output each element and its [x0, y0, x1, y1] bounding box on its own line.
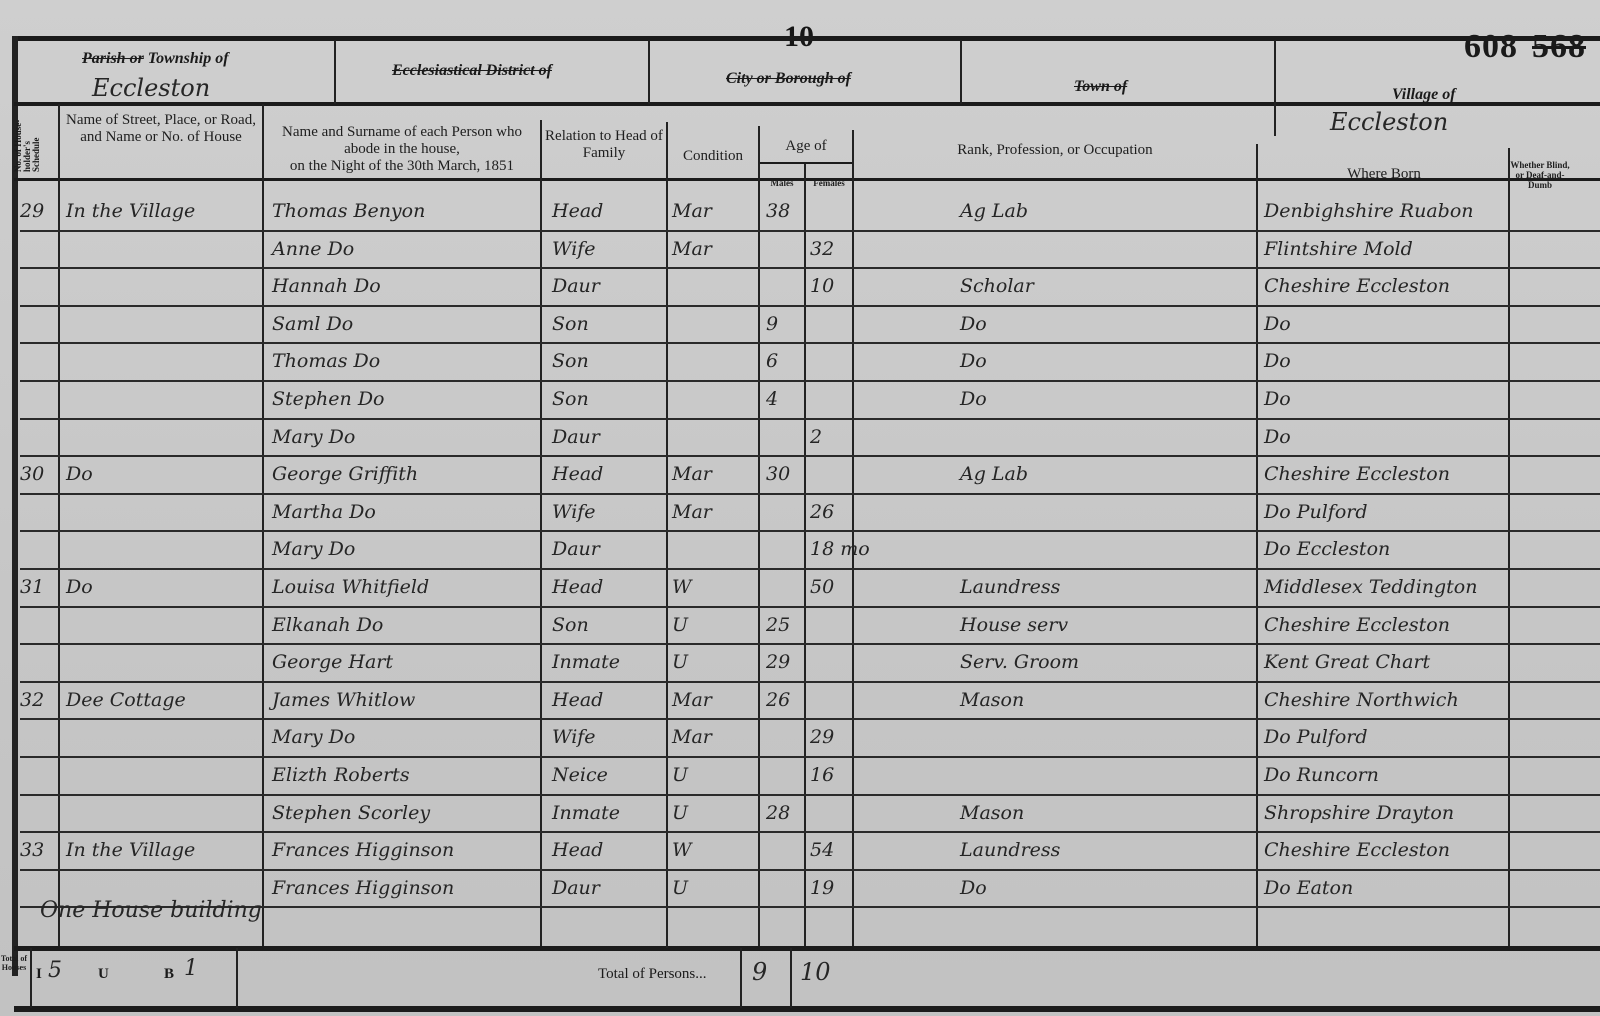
cell-street: Do — [66, 463, 93, 485]
inhabited-value: 5 — [48, 958, 62, 983]
cell-male-age: 4 — [766, 388, 778, 410]
town-label: Town of — [1074, 78, 1127, 96]
row-rule — [20, 418, 1600, 420]
cell-female-age: 19 — [810, 877, 834, 899]
cell-condition: Mar — [672, 689, 712, 711]
top-border — [14, 36, 1600, 41]
col-header-schedule: No. of House-holder's Schedule — [14, 112, 41, 172]
cell-female-age: 18 mo — [810, 538, 870, 560]
cell-male-age: 38 — [766, 200, 790, 222]
cell-born: Cheshire Eccleston — [1264, 463, 1450, 485]
parish-label: Parish or Township of — [82, 50, 229, 68]
cell-condition: Mar — [672, 238, 712, 260]
total-persons-label: Total of Persons... — [598, 966, 707, 983]
cell-male-age: 25 — [766, 614, 790, 636]
cell-street: Do — [66, 576, 93, 598]
cell-occupation: Ag Lab — [960, 463, 1028, 485]
inhabited-label: I — [36, 966, 42, 983]
cell-name: Mary Do — [272, 538, 355, 560]
cell-born: Middlesex Teddington — [1264, 576, 1477, 598]
ecclesiastical-label: Ecclesiastical District of — [392, 62, 552, 80]
folio-struck: 568 — [1532, 28, 1586, 65]
cell-occupation: Ag Lab — [960, 200, 1028, 222]
cell-name: George Hart — [272, 651, 393, 673]
parish-value: Eccleston — [92, 74, 210, 102]
village-label: Village of — [1392, 86, 1456, 104]
col-header-males: Males — [760, 178, 804, 188]
cell-male-age: 29 — [766, 651, 790, 673]
cell-born: Do Runcorn — [1264, 764, 1379, 786]
footer-sep-3 — [740, 948, 742, 1008]
cell-occupation: Mason — [960, 689, 1024, 711]
cell-occupation: House serv — [960, 614, 1068, 636]
cell-name: James Whitlow — [272, 689, 415, 711]
row-rule — [20, 643, 1600, 645]
cell-condition: Mar — [672, 200, 712, 222]
cell-relation: Neice — [552, 764, 608, 786]
cell-name: Stephen Do — [272, 388, 385, 410]
cell-condition: Mar — [672, 501, 712, 523]
row-rule — [20, 455, 1600, 457]
cell-condition: Mar — [672, 463, 712, 485]
building-note: One House building — [40, 898, 262, 923]
cell-born: Do — [1264, 426, 1291, 448]
cell-schedule: 32 — [20, 689, 44, 711]
cell-relation: Son — [552, 313, 589, 335]
col-header-females: Females — [806, 178, 852, 188]
col-sep-relation — [666, 122, 668, 948]
left-border — [12, 36, 18, 976]
cell-occupation: Mason — [960, 802, 1024, 824]
col-header-street: Name of Street, Place, or Road, and Name… — [62, 112, 260, 146]
col-header-age: Age of — [760, 138, 852, 155]
cell-born: Cheshire Eccleston — [1264, 614, 1450, 636]
bottom-border — [14, 1006, 1600, 1012]
cell-relation: Head — [552, 839, 603, 861]
cell-condition: U — [672, 651, 688, 673]
cell-born: Do — [1264, 313, 1291, 335]
cell-male-age: 30 — [766, 463, 790, 485]
cell-schedule: 29 — [20, 200, 44, 222]
cell-occupation: Scholar — [960, 275, 1034, 297]
cell-relation: Daur — [552, 275, 600, 297]
cell-name: Elkanah Do — [272, 614, 383, 636]
building-value: 1 — [184, 956, 198, 981]
cell-relation: Head — [552, 200, 603, 222]
cell-name: Hannah Do — [272, 275, 381, 297]
cell-name: Frances Higginson — [272, 839, 454, 861]
cell-relation: Wife — [552, 501, 596, 523]
cell-occupation: Laundress — [960, 839, 1060, 861]
cell-name: Anne Do — [272, 238, 354, 260]
cell-male-age: 9 — [766, 313, 778, 335]
cell-condition: U — [672, 764, 688, 786]
cell-relation: Head — [552, 689, 603, 711]
cell-condition: U — [672, 614, 688, 636]
total-males: 9 — [752, 958, 767, 986]
row-rule — [20, 681, 1600, 683]
row-rule — [20, 606, 1600, 608]
col-sep-occupation — [1256, 144, 1258, 946]
loc-sep-2 — [648, 40, 650, 104]
cell-female-age: 2 — [810, 426, 822, 448]
loc-sep-3 — [960, 40, 962, 104]
row-rule — [20, 869, 1600, 871]
cell-born: Denbighshire Ruabon — [1264, 200, 1474, 222]
location-divider — [14, 102, 1600, 106]
cell-relation: Wife — [552, 726, 596, 748]
cell-schedule: 30 — [20, 463, 44, 485]
cell-name: Stephen Scorley — [272, 802, 430, 824]
row-rule — [20, 342, 1600, 344]
census-page: 10 608568 Parish or Township of Ecclesto… — [0, 0, 1600, 1016]
cell-born: Cheshire Eccleston — [1264, 839, 1450, 861]
building-label: B — [164, 966, 174, 983]
cell-male-age: 26 — [766, 689, 790, 711]
cell-name: Elizth Roberts — [272, 764, 410, 786]
cell-relation: Daur — [552, 877, 600, 899]
cell-name: Louisa Whitfield — [272, 576, 429, 598]
row-rule — [20, 267, 1600, 269]
cell-female-age: 16 — [810, 764, 834, 786]
cell-occupation: Laundress — [960, 576, 1060, 598]
cell-male-age: 6 — [766, 350, 778, 372]
cell-street: In the Village — [66, 200, 195, 222]
row-rule — [20, 380, 1600, 382]
cell-condition: W — [672, 576, 692, 598]
cell-street: In the Village — [66, 839, 195, 861]
row-rule — [20, 230, 1600, 232]
cell-condition: Mar — [672, 726, 712, 748]
cell-female-age: 54 — [810, 839, 834, 861]
cell-relation: Son — [552, 388, 589, 410]
footer-sep-1 — [30, 948, 32, 1008]
uninhabited-label: U — [98, 966, 109, 983]
cell-relation: Son — [552, 614, 589, 636]
cell-condition: U — [672, 802, 688, 824]
footer-divider — [14, 946, 1600, 951]
cell-born: Cheshire Eccleston — [1264, 275, 1450, 297]
cell-occupation: Do — [960, 313, 987, 335]
cell-relation: Inmate — [552, 802, 620, 824]
cell-female-age: 50 — [810, 576, 834, 598]
cell-female-age: 32 — [810, 238, 834, 260]
cell-born: Do Pulford — [1264, 726, 1368, 748]
age-subdivider — [760, 162, 852, 164]
row-rule — [20, 756, 1600, 758]
cell-condition: W — [672, 839, 692, 861]
col-header-occupation: Rank, Profession, or Occupation — [920, 142, 1190, 159]
col-header-name: Name and Surname of each Person who abod… — [264, 124, 540, 175]
row-rule — [20, 831, 1600, 833]
footer-sep-4 — [790, 948, 792, 1008]
cell-name: Saml Do — [272, 313, 353, 335]
cell-schedule: 31 — [20, 576, 44, 598]
col-header-relation: Relation to Head of Family — [542, 128, 666, 162]
cell-street: Dee Cottage — [66, 689, 186, 711]
folio-number: 608568 — [1464, 28, 1586, 66]
cell-relation: Daur — [552, 426, 600, 448]
col-sep-name — [540, 120, 542, 946]
village-value: Eccleston — [1330, 108, 1448, 136]
row-rule — [20, 568, 1600, 570]
cell-born: Kent Great Chart — [1264, 651, 1430, 673]
total-houses-label: Total of Houses — [0, 954, 28, 972]
cell-occupation: Serv. Groom — [960, 651, 1079, 673]
cell-relation: Wife — [552, 238, 596, 260]
cell-relation: Son — [552, 350, 589, 372]
cell-name: Thomas Benyon — [272, 200, 425, 222]
city-label: City or Borough of — [726, 70, 851, 88]
folio-current: 608 — [1464, 28, 1518, 65]
col-header-where-born: Where Born — [1260, 166, 1508, 183]
row-rule — [20, 493, 1600, 495]
cell-occupation: Do — [960, 350, 987, 372]
cell-born: Cheshire Northwich — [1264, 689, 1459, 711]
cell-name: George Griffith — [272, 463, 418, 485]
cell-relation: Daur — [552, 538, 600, 560]
cell-name: Mary Do — [272, 426, 355, 448]
cell-female-age: 26 — [810, 501, 834, 523]
loc-sep-4 — [1274, 40, 1276, 136]
row-rule — [20, 305, 1600, 307]
col-header-blind: Whether Blind, or Deaf-and-Dumb — [1510, 160, 1570, 190]
col-sep-condition — [758, 126, 760, 946]
cell-name: Mary Do — [272, 726, 355, 748]
row-rule — [20, 794, 1600, 796]
row-rule — [20, 530, 1600, 532]
cell-relation: Head — [552, 463, 603, 485]
cell-condition: U — [672, 877, 688, 899]
col-header-condition: Condition — [668, 148, 758, 165]
cell-name: Frances Higginson — [272, 877, 454, 899]
cell-born: Do — [1264, 350, 1291, 372]
cell-relation: Inmate — [552, 651, 620, 673]
cell-name: Thomas Do — [272, 350, 380, 372]
cell-female-age: 29 — [810, 726, 834, 748]
cell-born: Do Eccleston — [1264, 538, 1390, 560]
footer-sep-2 — [236, 948, 238, 1008]
cell-occupation: Do — [960, 877, 987, 899]
cell-born: Do — [1264, 388, 1291, 410]
cell-born: Do Pulford — [1264, 501, 1368, 523]
cell-born: Do Eaton — [1264, 877, 1353, 899]
cell-born: Shropshire Drayton — [1264, 802, 1454, 824]
cell-born: Flintshire Mold — [1264, 238, 1413, 260]
row-rule — [20, 718, 1600, 720]
cell-female-age: 10 — [810, 275, 834, 297]
cell-male-age: 28 — [766, 802, 790, 824]
cell-relation: Head — [552, 576, 603, 598]
loc-sep-1 — [334, 40, 336, 104]
cell-schedule: 33 — [20, 839, 44, 861]
total-females: 10 — [800, 958, 831, 986]
col-sep-males — [804, 162, 806, 946]
cell-name: Martha Do — [272, 501, 376, 523]
cell-occupation: Do — [960, 388, 987, 410]
